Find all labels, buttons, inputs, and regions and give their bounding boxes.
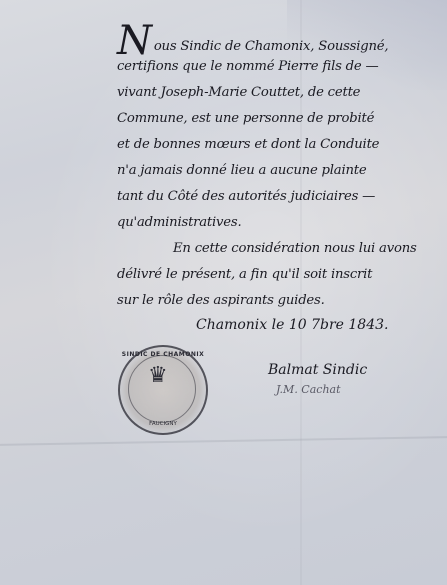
paper-crease (0, 436, 447, 446)
seal-top-text: SINDIC DE CHAMONIX (120, 351, 206, 358)
text-line: n'a jamais donné lieu a aucune plainte (117, 158, 437, 184)
seal-bottom-text: FAUCIGNY (120, 421, 206, 427)
text-line: En cette considération nous lui avons (117, 236, 437, 262)
text-line: certifions que le nommé Pierre fils de — (117, 54, 437, 80)
crown-icon: ♛ (148, 363, 168, 388)
certificate-body: Nous Sindic de Chamonix, Soussigné, cert… (117, 28, 437, 314)
text-line: et de bonnes mœurs et dont la Conduite (117, 132, 437, 158)
signature: Balmat Sindic (268, 362, 367, 378)
text-line: tant du Côté des autorités judiciaires — (117, 184, 437, 210)
official-seal-stamp: SINDIC DE CHAMONIX ♛ FAUCIGNY (118, 345, 208, 435)
line-text: ous Sindic de Chamonix, Soussigné, (154, 39, 389, 54)
text-line: vivant Joseph-Marie Couttet, de cette (117, 80, 437, 106)
text-line: délivré le présent, a fin qu'il soit ins… (117, 262, 437, 288)
text-line: sur le rôle des aspirants guides. (117, 288, 437, 314)
text-line: Nous Sindic de Chamonix, Soussigné, (117, 28, 437, 54)
text-line: Commune, est une personne de probité (117, 106, 437, 132)
countersignature: J.M. Cachat (276, 383, 341, 396)
place-date: Chamonix le 10 7bre 1843. (196, 317, 388, 333)
text-line: qu'administratives. (117, 210, 437, 236)
